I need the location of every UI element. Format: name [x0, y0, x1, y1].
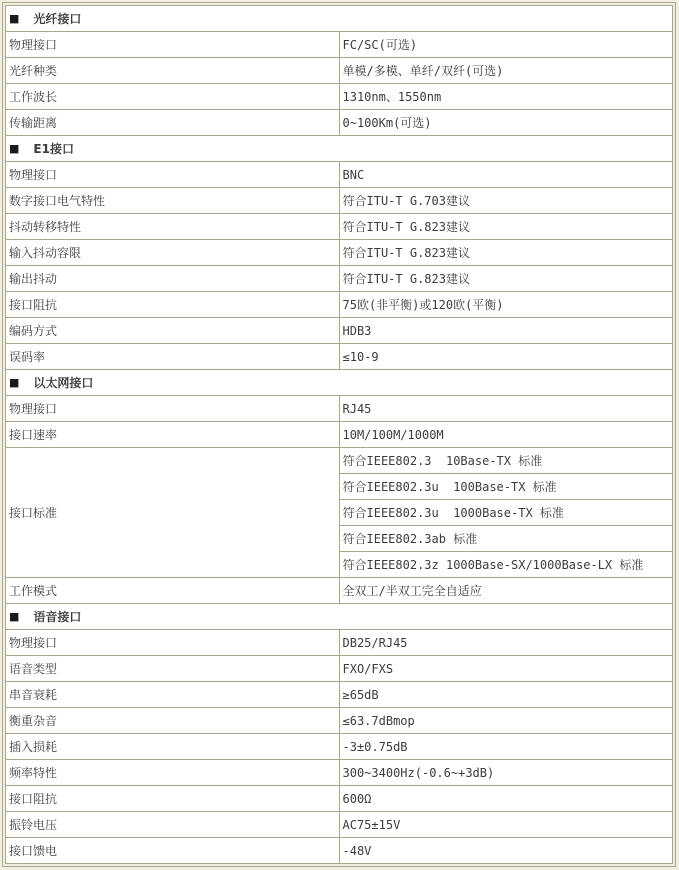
spec-row: 工作波长 1310nm、1550nm — [6, 84, 673, 110]
spec-value-cell: ≤63.7dBmop — [339, 708, 673, 734]
spec-row: 频率特性 300~3400Hz(-0.6~+3dB) — [6, 760, 673, 786]
section-title: E1接口 — [33, 142, 74, 156]
spec-value-cell: -3±0.75dB — [339, 734, 673, 760]
spec-value-cell: 符合IEEE802.3z 1000Base-SX/1000Base-LX 标准 — [339, 552, 673, 578]
spec-value-cell: 符合ITU-T G.703建议 — [339, 188, 673, 214]
spec-label-cell: 光纤种类 — [6, 58, 340, 84]
spec-label-cell: 接口阻抗 — [6, 786, 340, 812]
spec-label-cell: 工作模式 — [6, 578, 340, 604]
section-header-voice: ■语音接口 — [6, 604, 673, 630]
spec-label-cell: 传输距离 — [6, 110, 340, 136]
spec-label-cell: 串音衰耗 — [6, 682, 340, 708]
spec-value-cell: 符合ITU-T G.823建议 — [339, 214, 673, 240]
spec-value-cell: BNC — [339, 162, 673, 188]
spec-row: 误码率 ≤10-9 — [6, 344, 673, 370]
spec-value-cell: FC/SC(可选) — [339, 32, 673, 58]
spec-label-cell: 数字接口电气特性 — [6, 188, 340, 214]
spec-label-cell: 物理接口 — [6, 32, 340, 58]
spec-label-cell: 接口标准 — [6, 448, 340, 578]
section-header-row: ■以太网接口 — [6, 370, 673, 396]
spec-value-cell: 全双工/半双工完全自适应 — [339, 578, 673, 604]
spec-label-cell: 输入抖动容限 — [6, 240, 340, 266]
section-bullet-icon: ■ — [9, 142, 19, 155]
spec-value-cell: 符合IEEE802.3u 100Base-TX 标准 — [339, 474, 673, 500]
spec-label-cell: 接口阻抗 — [6, 292, 340, 318]
section-title: 以太网接口 — [33, 376, 93, 390]
spec-row: 串音衰耗 ≥65dB — [6, 682, 673, 708]
spec-row: 抖动转移特性 符合ITU-T G.823建议 — [6, 214, 673, 240]
section-bullet-icon: ■ — [9, 610, 19, 623]
section-bullet-icon: ■ — [9, 12, 19, 25]
spec-row: 接口馈电 -48V — [6, 838, 673, 864]
spec-row: 编码方式 HDB3 — [6, 318, 673, 344]
spec-value-cell: 符合ITU-T G.823建议 — [339, 240, 673, 266]
spec-row: 物理接口 DB25/RJ45 — [6, 630, 673, 656]
spec-label-cell: 编码方式 — [6, 318, 340, 344]
spec-value-cell: 75欧(非平衡)或120欧(平衡) — [339, 292, 673, 318]
spec-row: 传输距离 0~100Km(可选) — [6, 110, 673, 136]
spec-value-cell: ≤10-9 — [339, 344, 673, 370]
spec-table: ■光纤接口 物理接口 FC/SC(可选) 光纤种类 单模/多模、单纤/双纤(可选… — [5, 5, 673, 864]
section-title: 光纤接口 — [33, 12, 81, 26]
spec-row: 输出抖动 符合ITU-T G.823建议 — [6, 266, 673, 292]
spec-label-cell: 插入损耗 — [6, 734, 340, 760]
section-header-e1: ■E1接口 — [6, 136, 673, 162]
spec-row: 接口标准 符合IEEE802.3 10Base-TX 标准 — [6, 448, 673, 474]
section-bullet-icon: ■ — [9, 376, 19, 389]
spec-row: 语音类型 FXO/FXS — [6, 656, 673, 682]
spec-label-cell: 物理接口 — [6, 162, 340, 188]
section-header-fiber: ■光纤接口 — [6, 6, 673, 32]
spec-row: 接口阻抗 75欧(非平衡)或120欧(平衡) — [6, 292, 673, 318]
spec-value-cell: 符合IEEE802.3u 1000Base-TX 标准 — [339, 500, 673, 526]
spec-label-cell: 误码率 — [6, 344, 340, 370]
spec-value-cell: ≥65dB — [339, 682, 673, 708]
section-header-row: ■光纤接口 — [6, 6, 673, 32]
spec-row: 物理接口 BNC — [6, 162, 673, 188]
spec-row: 光纤种类 单模/多模、单纤/双纤(可选) — [6, 58, 673, 84]
spec-row: 振铃电压 AC75±15V — [6, 812, 673, 838]
spec-value-cell: 600Ω — [339, 786, 673, 812]
spec-label-cell: 语音类型 — [6, 656, 340, 682]
spec-label-cell: 接口速率 — [6, 422, 340, 448]
spec-label-cell: 物理接口 — [6, 630, 340, 656]
spec-value-cell: 0~100Km(可选) — [339, 110, 673, 136]
spec-label-cell: 频率特性 — [6, 760, 340, 786]
spec-row: 接口速率 10M/100M/1000M — [6, 422, 673, 448]
section-header-ethernet: ■以太网接口 — [6, 370, 673, 396]
spec-label-cell: 抖动转移特性 — [6, 214, 340, 240]
spec-value-cell: 300~3400Hz(-0.6~+3dB) — [339, 760, 673, 786]
spec-value-cell: RJ45 — [339, 396, 673, 422]
spec-row: 物理接口 RJ45 — [6, 396, 673, 422]
spec-label-cell: 衡重杂音 — [6, 708, 340, 734]
spec-row: 输入抖动容限 符合ITU-T G.823建议 — [6, 240, 673, 266]
spec-value-cell: 符合IEEE802.3ab 标准 — [339, 526, 673, 552]
spec-row: 物理接口 FC/SC(可选) — [6, 32, 673, 58]
spec-label-cell: 输出抖动 — [6, 266, 340, 292]
spec-value-cell: AC75±15V — [339, 812, 673, 838]
spec-row: 插入损耗 -3±0.75dB — [6, 734, 673, 760]
spec-label-cell: 接口馈电 — [6, 838, 340, 864]
spec-value-cell: 单模/多模、单纤/双纤(可选) — [339, 58, 673, 84]
section-header-row: ■E1接口 — [6, 136, 673, 162]
section-title: 语音接口 — [33, 610, 81, 624]
spec-row: 数字接口电气特性 符合ITU-T G.703建议 — [6, 188, 673, 214]
spec-value-cell: HDB3 — [339, 318, 673, 344]
spec-value-cell: FXO/FXS — [339, 656, 673, 682]
spec-row: 衡重杂音 ≤63.7dBmop — [6, 708, 673, 734]
spec-label-cell: 振铃电压 — [6, 812, 340, 838]
spec-value-cell: DB25/RJ45 — [339, 630, 673, 656]
spec-value-cell: 1310nm、1550nm — [339, 84, 673, 110]
spec-value-cell: 符合ITU-T G.823建议 — [339, 266, 673, 292]
spec-table-frame: ■光纤接口 物理接口 FC/SC(可选) 光纤种类 单模/多模、单纤/双纤(可选… — [2, 2, 676, 867]
spec-row: 接口阻抗 600Ω — [6, 786, 673, 812]
spec-value-cell: 符合IEEE802.3 10Base-TX 标准 — [339, 448, 673, 474]
spec-value-cell: -48V — [339, 838, 673, 864]
section-header-row: ■语音接口 — [6, 604, 673, 630]
spec-label-cell: 工作波长 — [6, 84, 340, 110]
spec-row: 工作模式 全双工/半双工完全自适应 — [6, 578, 673, 604]
spec-label-cell: 物理接口 — [6, 396, 340, 422]
spec-value-cell: 10M/100M/1000M — [339, 422, 673, 448]
